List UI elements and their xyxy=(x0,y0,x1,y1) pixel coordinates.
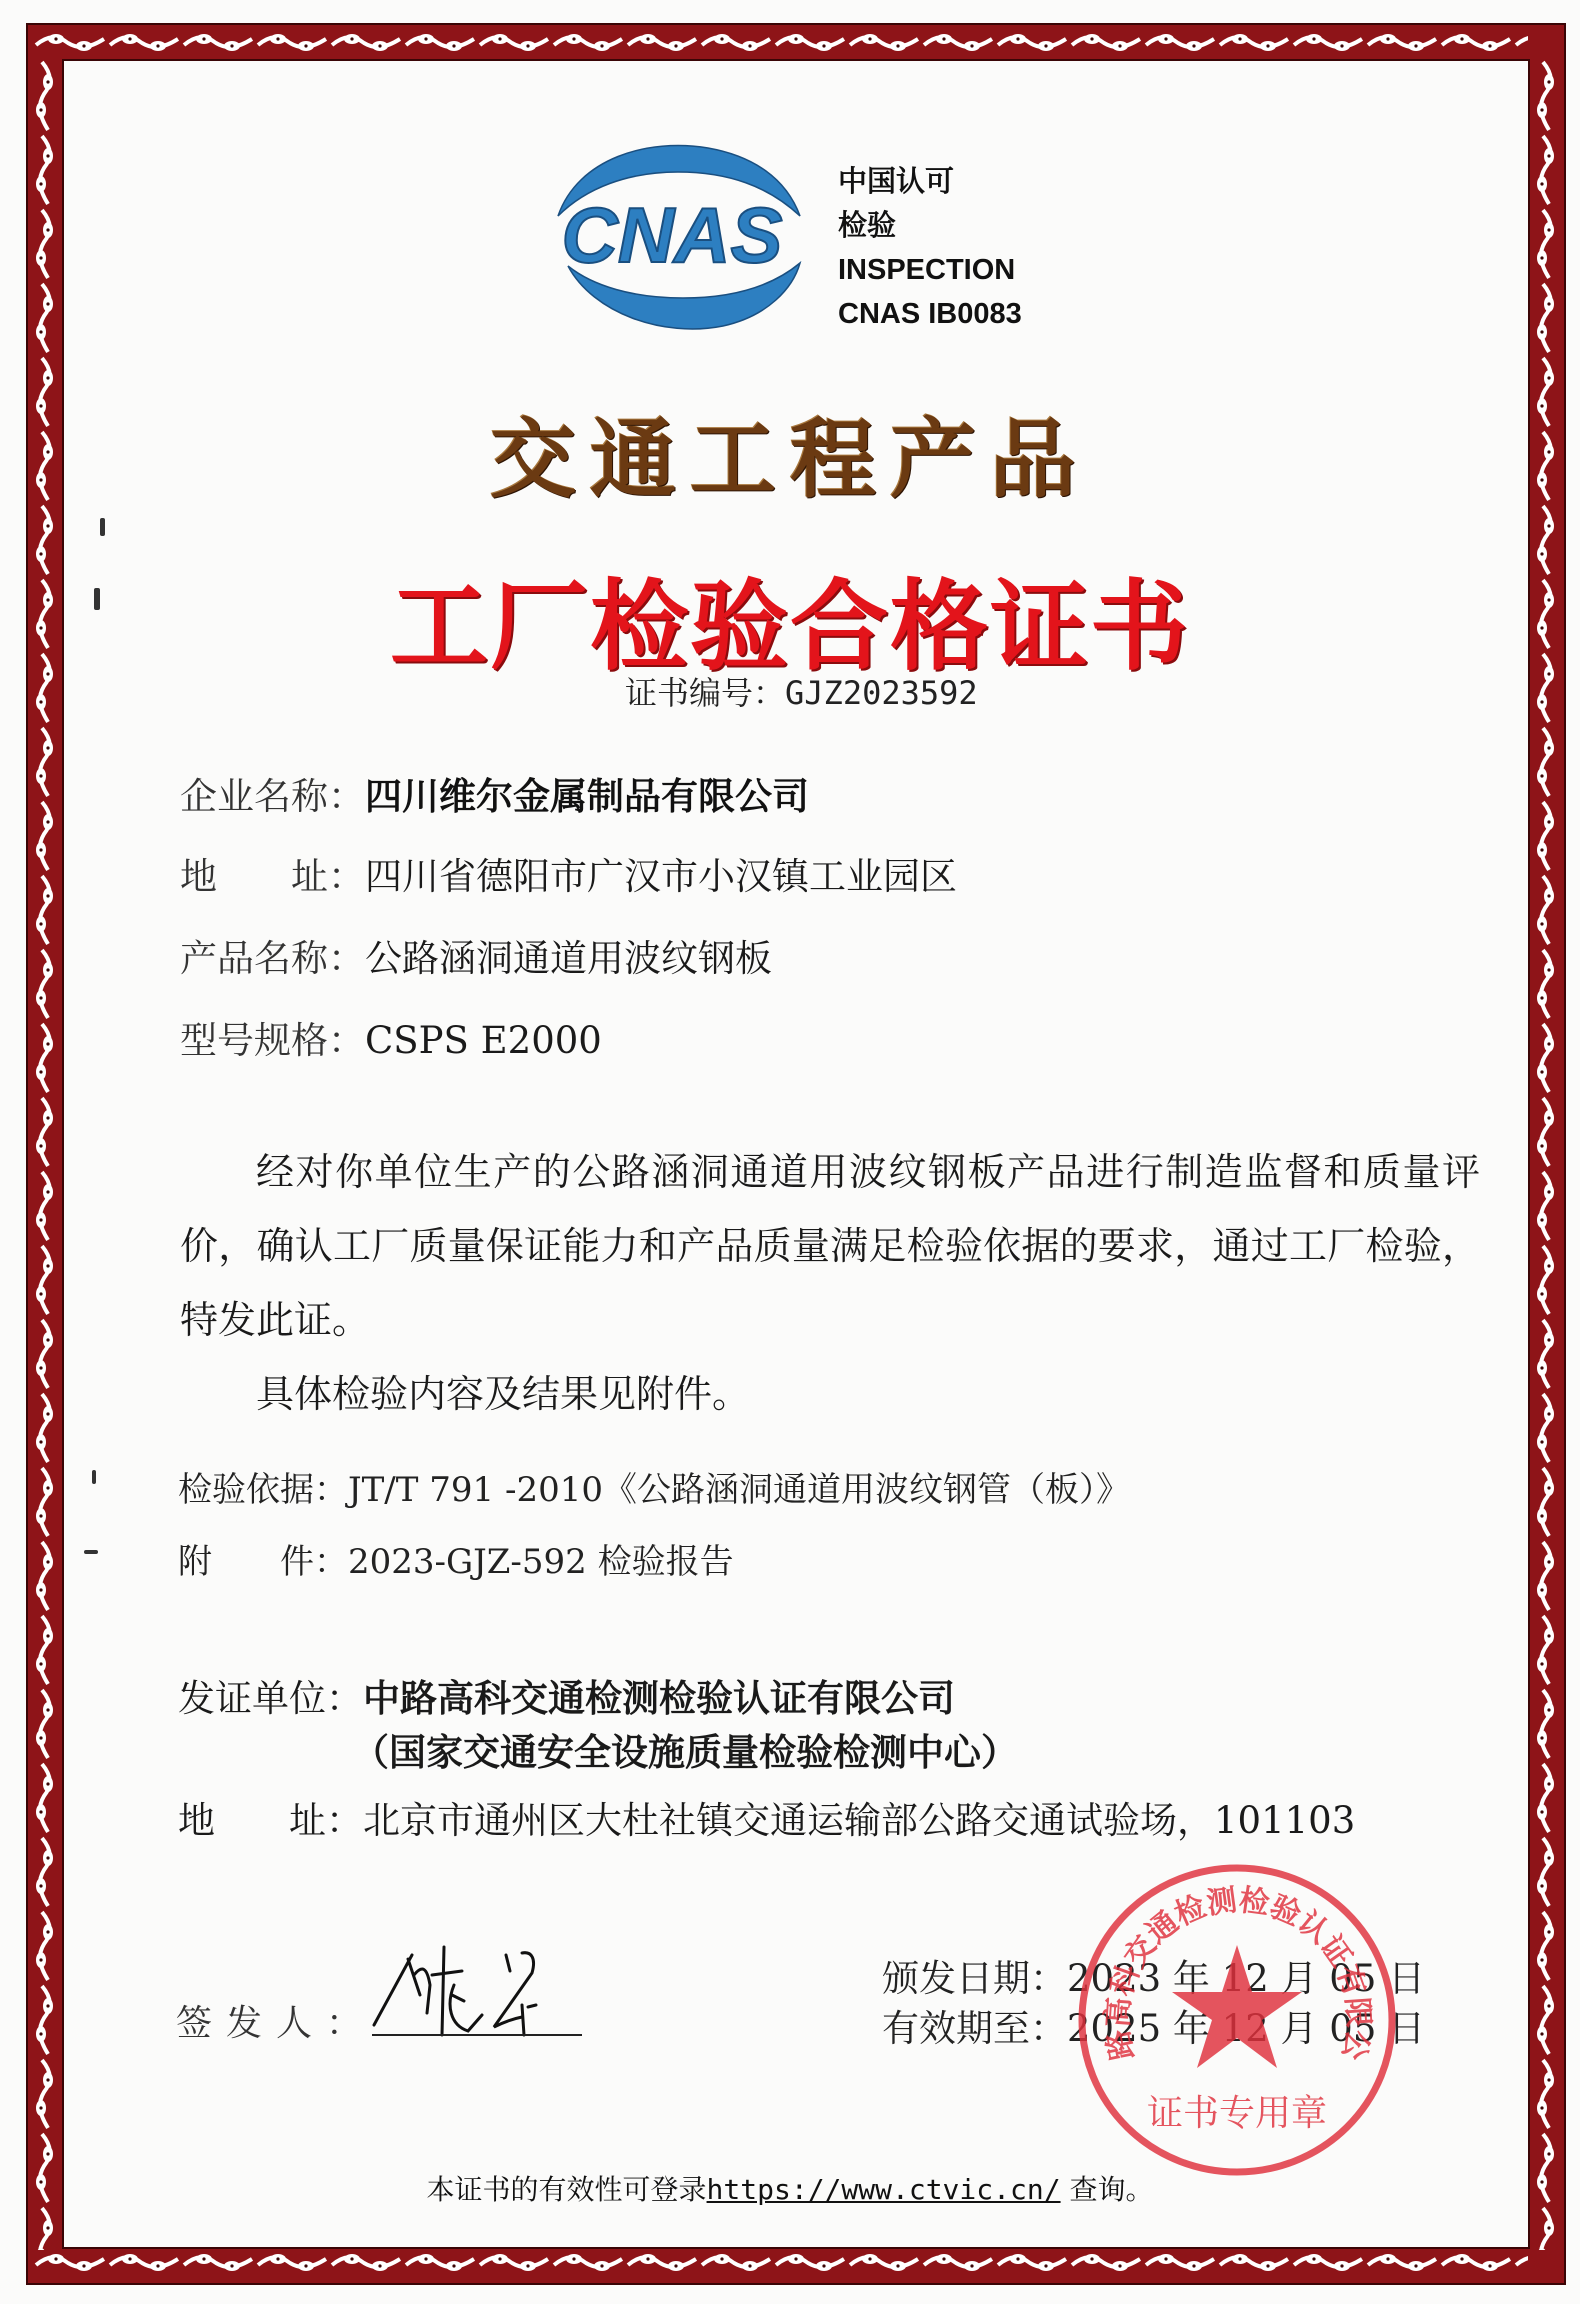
issuer-address: 地 址：北京市通州区大杜社镇交通运输部公路交通试验场，101103 xyxy=(178,1790,1355,1844)
field-product: 产品名称：公路涵洞通道用波纹钢板 xyxy=(180,928,772,982)
border-vine-top xyxy=(34,29,1528,55)
field-value: 四川省德阳市广汉市小汉镇工业园区 xyxy=(365,855,957,898)
seal-center-text: 证书专用章 xyxy=(1147,2093,1327,2134)
border-vine-bottom xyxy=(34,2249,1528,2275)
scan-artifact xyxy=(100,518,105,536)
verification-link[interactable]: https://www.ctvic.cn/ xyxy=(707,2173,1061,2206)
signature-line xyxy=(372,2034,582,2036)
border-vine-left xyxy=(32,60,58,2250)
field-value: 公路涵洞通道用波纹钢板 xyxy=(365,937,772,980)
issuer-name: 中路高科交通检测检验认证有限公司 xyxy=(363,1676,955,1720)
signatory-label: 签发人： xyxy=(176,1995,376,2046)
issuing-body: 发证单位：中路高科交通检测检验认证有限公司 xyxy=(178,1668,955,1722)
issuer-label: 发证单位： xyxy=(178,1677,363,1720)
field-label: 企业名称： xyxy=(180,775,365,818)
valid-until-label: 有效期至： xyxy=(882,2007,1067,2050)
logo-line: 检验 xyxy=(838,204,1022,248)
logo-line: CNAS IB0083 xyxy=(838,292,1022,336)
logo-line: INSPECTION xyxy=(838,248,1022,292)
scan-artifact xyxy=(84,1550,98,1554)
field-value: 四川维尔金属制品有限公司 xyxy=(365,774,809,818)
issuer-address-value: 北京市通州区大杜社镇交通运输部公路交通试验场，101103 xyxy=(363,1799,1355,1842)
field-model: 型号规格：CSPS E2000 xyxy=(180,1010,602,1064)
basis-label: 检验依据： xyxy=(178,1470,348,1510)
issuer-subname: （国家交通安全设施质量检验检测中心） xyxy=(352,1722,1018,1776)
attachment-value: 2023-GJZ-592 检验报告 xyxy=(348,1542,734,1582)
title-category: 交通工程产品 xyxy=(0,390,1580,514)
cnas-accreditation-text: 中国认可 检验 INSPECTION CNAS IB0083 xyxy=(838,160,1022,336)
issuer-address-label: 地 址： xyxy=(178,1799,363,1842)
cnas-mark: CNAS xyxy=(561,191,782,279)
seal-star-icon xyxy=(1172,1945,1302,2068)
verification-footer: 本证书的有效性可登录https://www.ctvic.cn/ 查询。 xyxy=(0,2168,1580,2208)
field-label: 产品名称： xyxy=(180,937,365,980)
basis-value: JT/T 791 -2010《公路涵洞通道用波纹钢管（板）》 xyxy=(348,1470,1130,1510)
certificate-number: 证书编号：GJZ2023592 xyxy=(625,668,978,714)
scan-artifact xyxy=(92,1470,96,1484)
field-address: 地 址：四川省德阳市广汉市小汉镇工业园区 xyxy=(180,846,957,900)
field-value: CSPS E2000 xyxy=(365,1019,602,1062)
handwritten-signature xyxy=(372,1935,632,2045)
cert-no-label: 证书编号： xyxy=(625,674,785,712)
official-seal: 中路高科交通检测检验认证有限公司 证书专用章 xyxy=(1072,1860,1402,2180)
certification-statement: 经对你单位生产的公路涵洞通道用波纹钢板产品进行制造监督和质量评价，确认工厂质量保… xyxy=(180,1135,1480,1431)
field-label: 地 址： xyxy=(180,855,365,898)
field-company: 企业名称：四川维尔金属制品有限公司 xyxy=(180,766,809,820)
logo-line: 中国认可 xyxy=(838,160,1022,204)
cert-no-value: GJZ2023592 xyxy=(785,674,978,712)
border-vine-right xyxy=(1533,60,1559,2250)
footer-suffix: 查询。 xyxy=(1061,2173,1154,2206)
inspection-basis: 检验依据：JT/T 791 -2010《公路涵洞通道用波纹钢管（板）》 xyxy=(178,1462,1130,1511)
attachment-label: 附 件： xyxy=(178,1542,348,1582)
attachment-note: 具体检验内容及结果见附件。 xyxy=(180,1357,1480,1431)
footer-prefix: 本证书的有效性可登录 xyxy=(427,2173,707,2206)
attachment: 附 件：2023-GJZ-592 检验报告 xyxy=(178,1534,734,1583)
cnas-logo: CNAS xyxy=(538,138,806,338)
field-label: 型号规格： xyxy=(180,1019,365,1062)
issue-date-label: 颁发日期： xyxy=(882,1957,1067,2000)
statement-paragraph: 经对你单位生产的公路涵洞通道用波纹钢板产品进行制造监督和质量评价，确认工厂质量保… xyxy=(180,1135,1480,1357)
